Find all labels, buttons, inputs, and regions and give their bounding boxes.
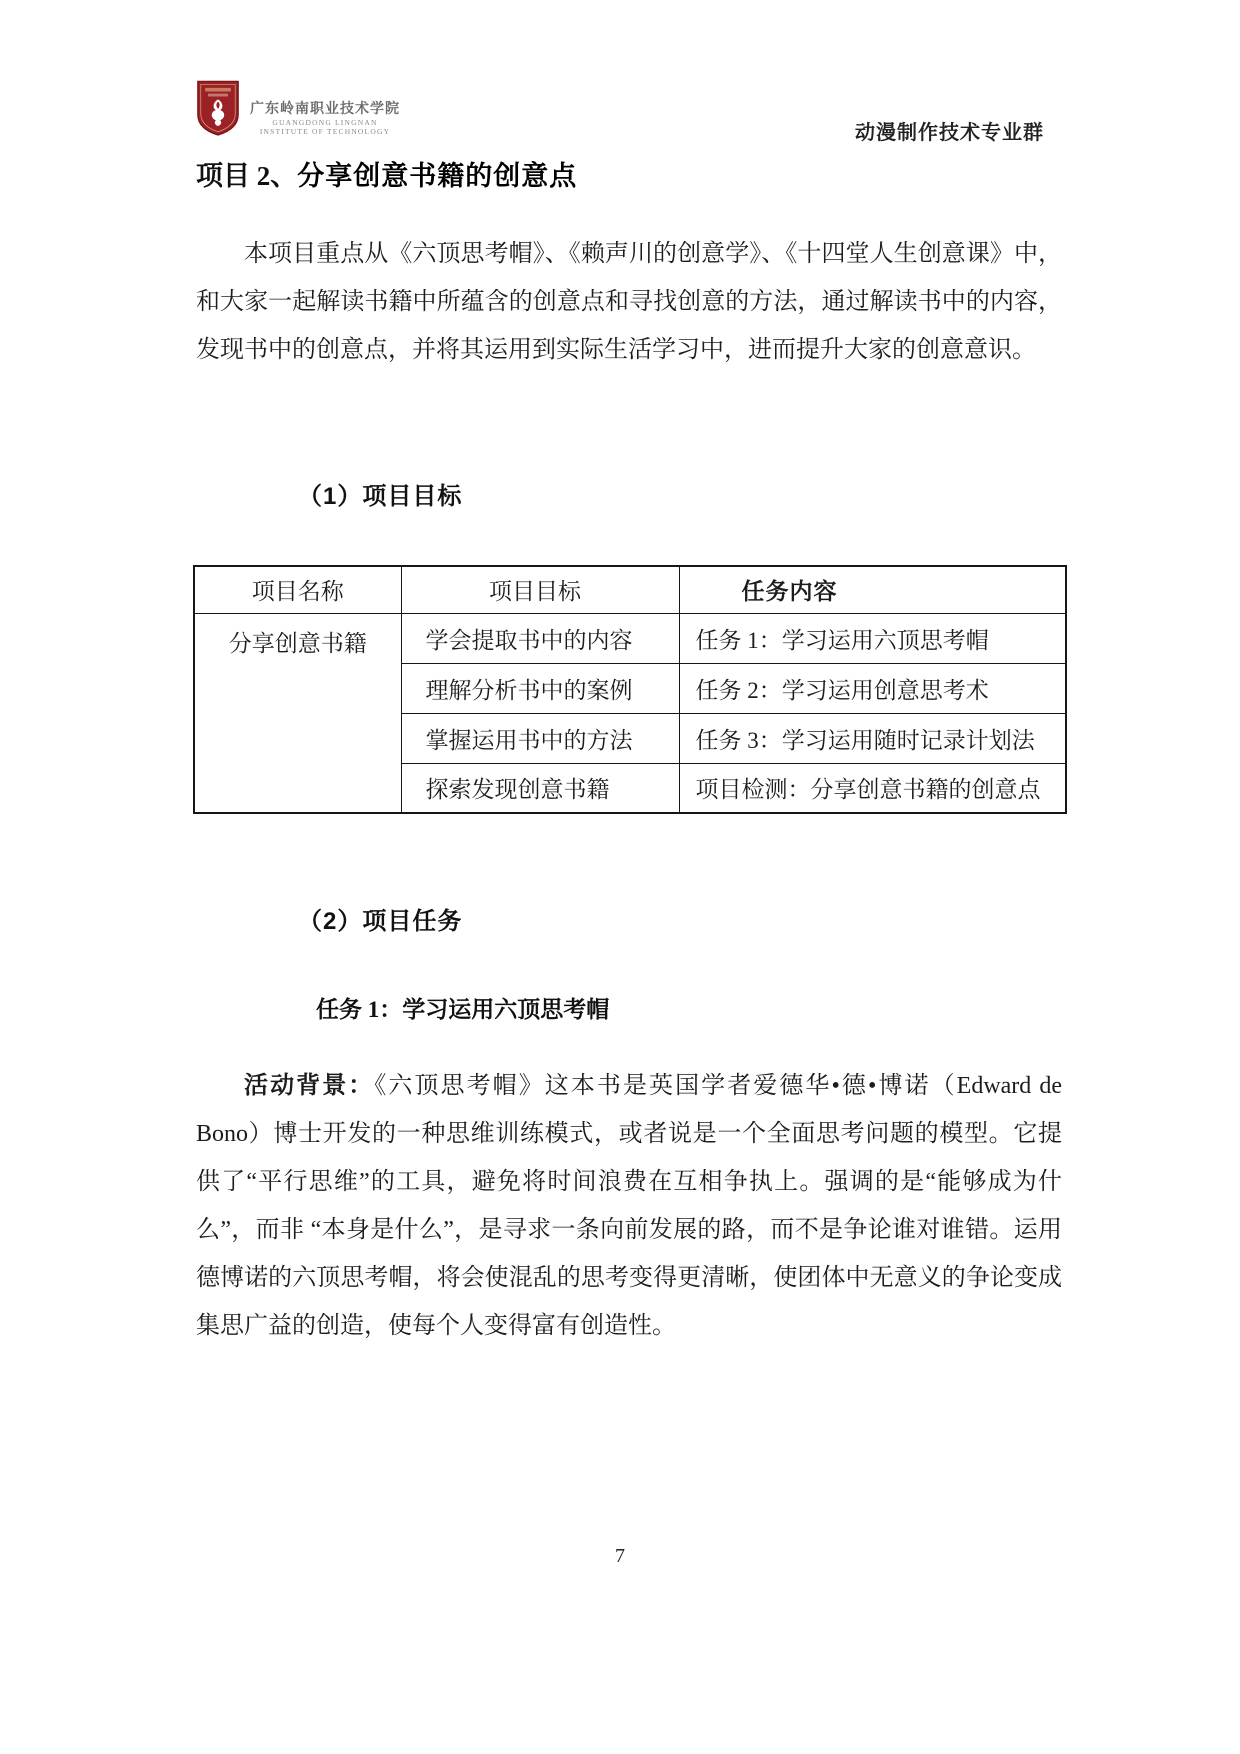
school-name-en-line2: INSTITUTE OF TECHNOLOGY [250, 127, 400, 136]
project-goal-table: 项目名称 项目目标 任务内容 分享创意书籍 学会提取书中的内容 任务 1：学习运… [193, 565, 1067, 814]
document-page: 广东岭南职业技术学院 GUANGDONG LINGNAN INSTITUTE O… [0, 0, 1240, 1754]
table-cell-goal: 掌握运用书中的方法 [401, 713, 679, 763]
section2-heading: （2）项目任务 [298, 901, 462, 936]
school-logo: 广东岭南职业技术学院 GUANGDONG LINGNAN INSTITUTE O… [196, 80, 400, 136]
table-cell-task: 任务 3：学习运用随时记录计划法 [679, 713, 1066, 763]
table-cell-goal: 探索发现创意书籍 [401, 763, 679, 813]
page-title-main: 分享创意书籍的创意点 [297, 161, 577, 191]
table-cell-goal: 学会提取书中的内容 [401, 613, 679, 663]
page-number: 7 [0, 1545, 1240, 1568]
school-name-en-line1: GUANGDONG LINGNAN [250, 118, 400, 127]
background-text: 《六顶思考帽》这本书是英国学者爱德华•德•博诺（Edward de Bono）博… [196, 1073, 1062, 1339]
table-header-project-name: 项目名称 [194, 566, 401, 613]
table-cell-task: 任务 1：学习运用六顶思考帽 [679, 613, 1066, 663]
table-cell-goal: 理解分析书中的案例 [401, 663, 679, 713]
header-group-label: 动漫制作技术专业群 [855, 116, 1044, 145]
table-cell-task: 任务 2：学习运用创意思考术 [679, 663, 1066, 713]
page-title-prefix: 项目 2、 [196, 161, 297, 191]
background-label: 活动背景： [244, 1073, 374, 1099]
table-cell-task: 项目检测：分享创意书籍的创意点 [679, 763, 1066, 813]
school-name-cn: 广东岭南职业技术学院 [250, 98, 400, 118]
page-title: 项目 2、分享创意书籍的创意点 [196, 154, 577, 193]
task1-background-paragraph: 活动背景：《六顶思考帽》这本书是英国学者爱德华•德•博诺（Edward de B… [196, 1062, 1062, 1350]
task1-heading: 任务 1：学习运用六顶思考帽 [316, 991, 609, 1024]
school-crest-icon [196, 80, 240, 136]
section1-heading: （1）项目目标 [298, 476, 462, 511]
table-row: 分享创意书籍 学会提取书中的内容 任务 1：学习运用六顶思考帽 [194, 613, 1066, 663]
intro-paragraph: 本项目重点从《六顶思考帽》、《赖声川的创意学》、《十四堂人生创意课》中，和大家一… [196, 230, 1062, 374]
table-cell-project-name: 分享创意书籍 [194, 613, 401, 813]
table-header-project-goal: 项目目标 [401, 566, 679, 613]
table-header-task-content: 任务内容 [679, 566, 1066, 613]
school-logo-text: 广东岭南职业技术学院 GUANGDONG LINGNAN INSTITUTE O… [250, 98, 400, 136]
table-header-row: 项目名称 项目目标 任务内容 [194, 566, 1066, 613]
